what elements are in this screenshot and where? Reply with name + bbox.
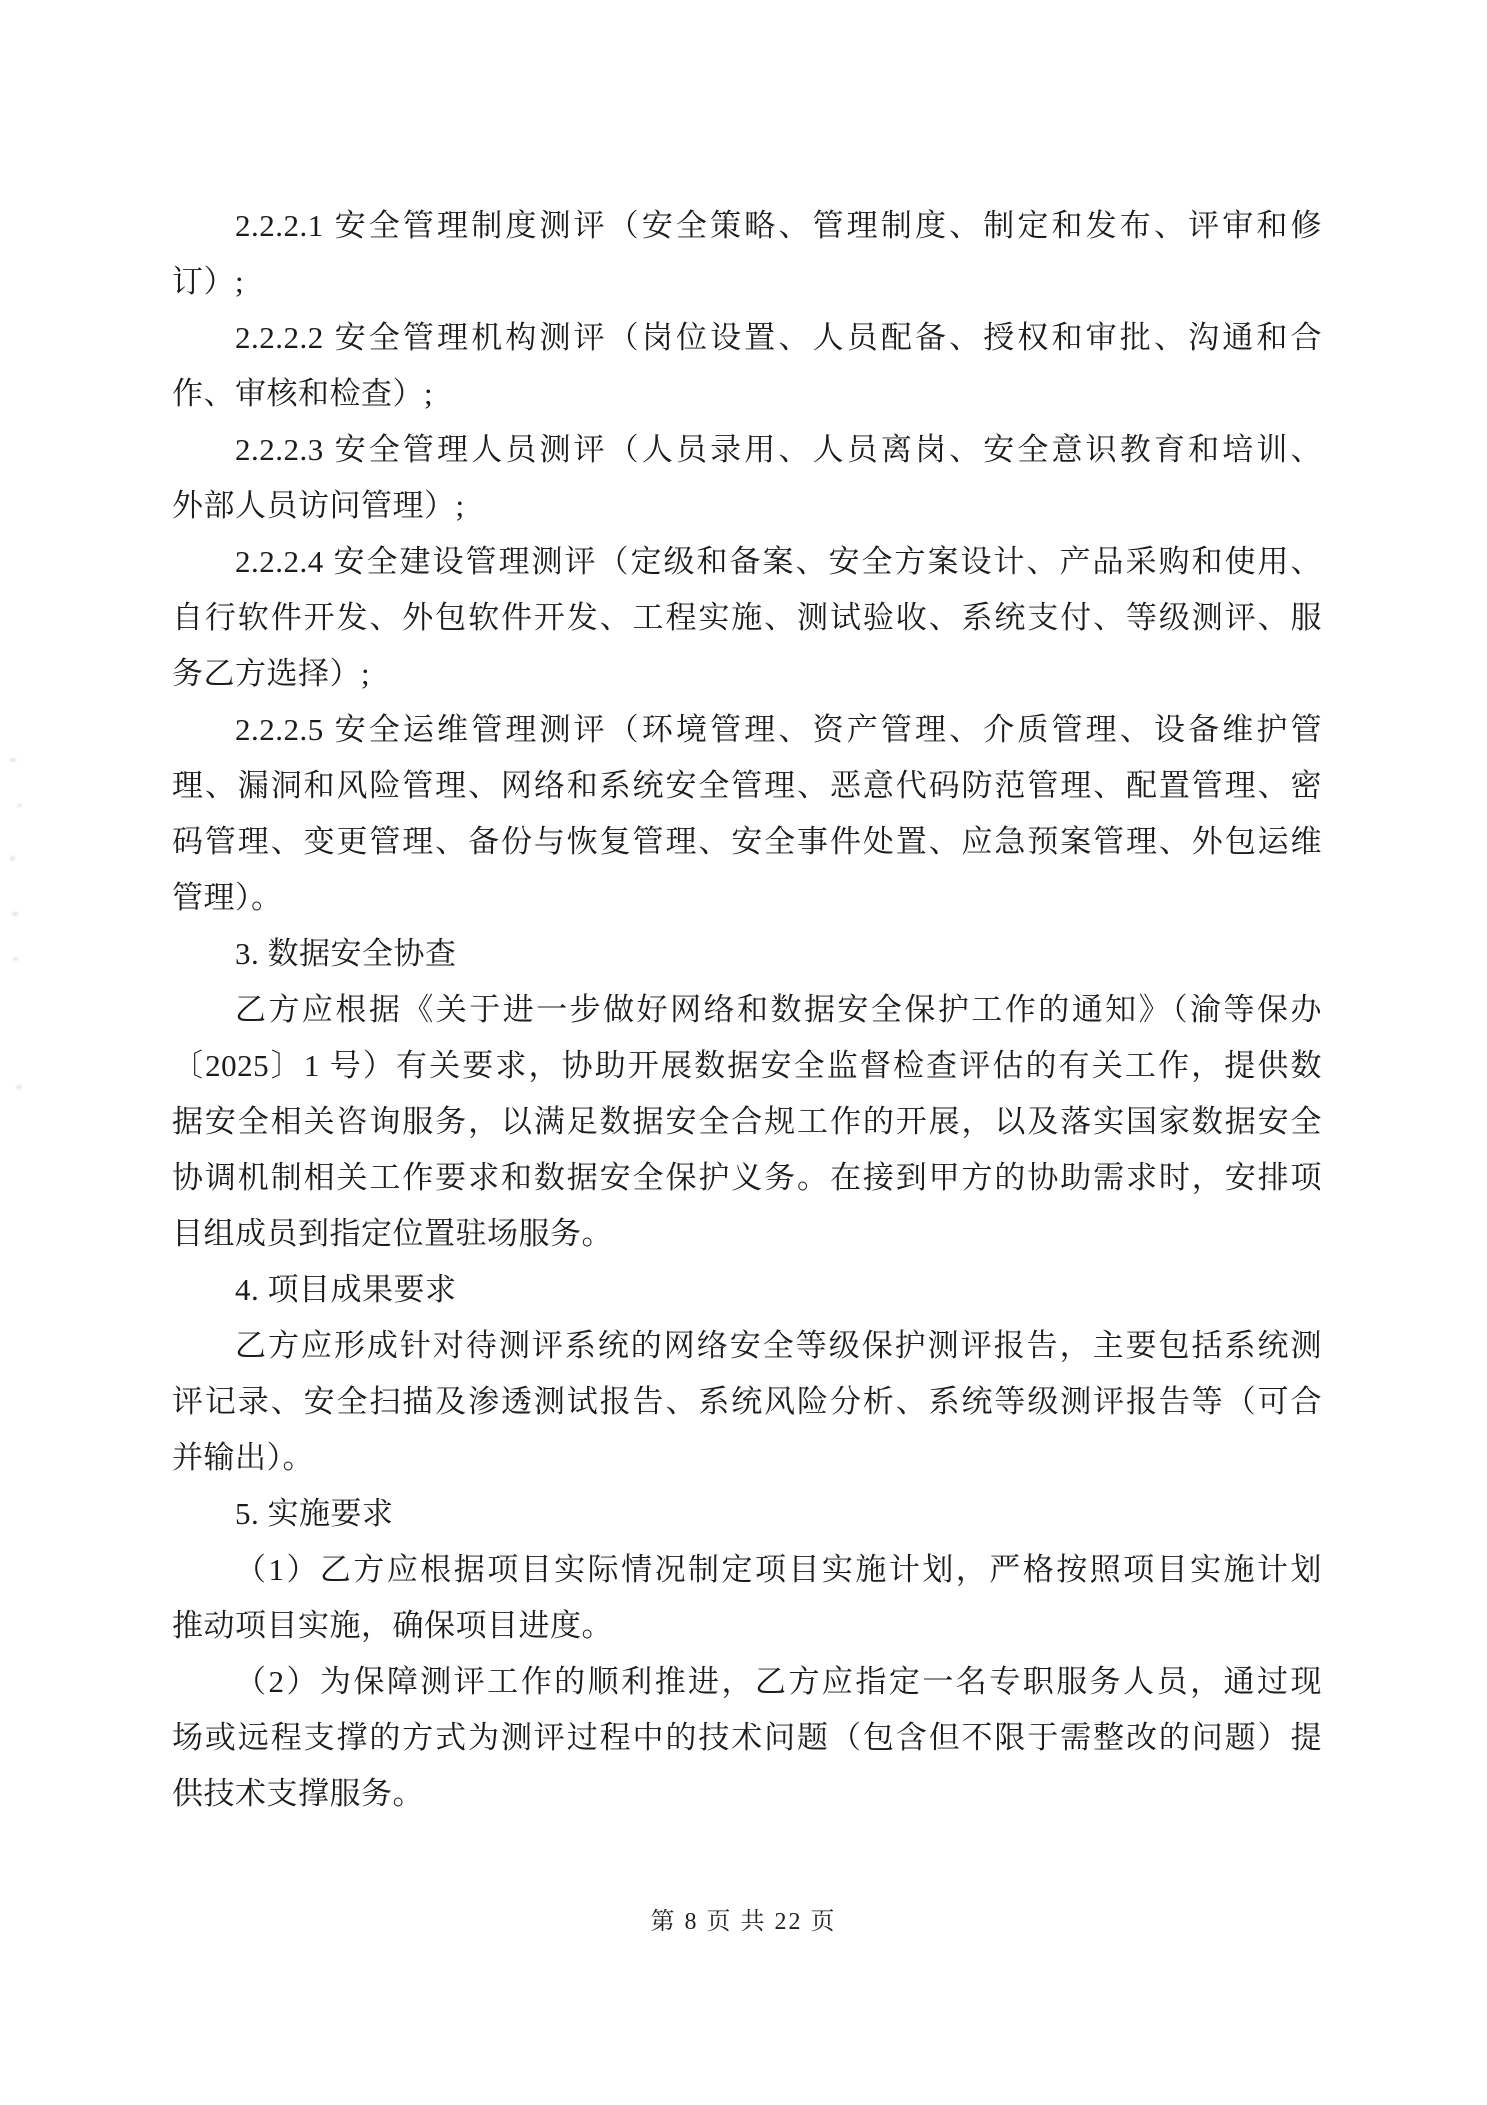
heading-3-data-security: 3. 数据安全协查 xyxy=(172,926,1322,982)
text-line: 外部人员访问管理）; xyxy=(172,478,1322,534)
text-line: 4. 项目成果要求 xyxy=(172,1262,1322,1318)
text-line: 推动项目实施，确保项目进度。 xyxy=(172,1598,1322,1654)
scan-speck xyxy=(17,804,22,807)
text-line: 〔2025〕1 号）有关要求，协助开展数据安全监督检查评估的有关工作，提供数 xyxy=(172,1038,1322,1094)
scan-speck xyxy=(10,758,16,762)
text-line: 并输出）。 xyxy=(172,1430,1322,1486)
scan-speck xyxy=(12,912,18,916)
text-line: 码管理、变更管理、备份与恢复管理、安全事件处置、应急预案管理、外包运维 xyxy=(172,814,1322,870)
document-page: 2.2.2.1 安全管理制度测评（安全策略、管理制度、制定和发布、评审和修订）;… xyxy=(0,0,1487,2105)
scan-speck xyxy=(10,856,15,861)
para-deliverables: 乙方应形成针对待测评系统的网络安全等级保护测评报告，主要包括系统测评记录、安全扫… xyxy=(172,1318,1322,1486)
text-line: 协调机制相关工作要求和数据安全保护义务。在接到甲方的协助需求时，安排项 xyxy=(172,1150,1322,1206)
text-line: 理、漏洞和风险管理、网络和系统安全管理、恶意代码防范管理、配置管理、密 xyxy=(172,758,1322,814)
heading-5-implementation: 5. 实施要求 xyxy=(172,1486,1322,1542)
text-line: 据安全相关咨询服务，以满足数据安全合规工作的开展，以及落实国家数据安全 xyxy=(172,1094,1322,1150)
para-data-security: 乙方应根据《关于进一步做好网络和数据安全保护工作的通知》（渝等保办〔2025〕1… xyxy=(172,982,1322,1262)
text-line: （1）乙方应根据项目实际情况制定项目实施计划，严格按照项目实施计划 xyxy=(172,1542,1322,1598)
page-footer: 第 8 页 共 22 页 xyxy=(0,1905,1487,1939)
para-implementation-1: （1）乙方应根据项目实际情况制定项目实施计划，严格按照项目实施计划推动项目实施，… xyxy=(172,1542,1322,1654)
text-line: 乙方应形成针对待测评系统的网络安全等级保护测评报告，主要包括系统测 xyxy=(172,1318,1322,1374)
text-line: 2.2.2.3 安全管理人员测评（人员录用、人员离岗、安全意识教育和培训、 xyxy=(172,422,1322,478)
text-line: 评记录、安全扫描及渗透测试报告、系统风险分析、系统等级测评报告等（可合 xyxy=(172,1374,1322,1430)
text-line: 供技术支撑服务。 xyxy=(172,1766,1322,1822)
text-line: 目组成员到指定位置驻场服务。 xyxy=(172,1206,1322,1262)
text-line: 2.2.2.5 安全运维管理测评（环境管理、资产管理、介质管理、设备维护管 xyxy=(172,702,1322,758)
text-line: 2.2.2.1 安全管理制度测评（安全策略、管理制度、制定和发布、评审和修 xyxy=(172,198,1322,254)
clause-2-2-2-3: 2.2.2.3 安全管理人员测评（人员录用、人员离岗、安全意识教育和培训、外部人… xyxy=(172,422,1322,534)
heading-4-deliverables: 4. 项目成果要求 xyxy=(172,1262,1322,1318)
text-line: 3. 数据安全协查 xyxy=(172,926,1322,982)
clause-2-2-2-5: 2.2.2.5 安全运维管理测评（环境管理、资产管理、介质管理、设备维护管理、漏… xyxy=(172,702,1322,926)
clause-2-2-2-2: 2.2.2.2 安全管理机构测评（岗位设置、人员配备、授权和审批、沟通和合作、审… xyxy=(172,310,1322,422)
text-line: 务乙方选择）; xyxy=(172,646,1322,702)
text-line: 乙方应根据《关于进一步做好网络和数据安全保护工作的通知》（渝等保办 xyxy=(172,982,1322,1038)
document-body: 2.2.2.1 安全管理制度测评（安全策略、管理制度、制定和发布、评审和修订）;… xyxy=(172,198,1322,1822)
scan-speck xyxy=(13,957,18,961)
clause-2-2-2-1: 2.2.2.1 安全管理制度测评（安全策略、管理制度、制定和发布、评审和修订）; xyxy=(172,198,1322,310)
text-line: 2.2.2.2 安全管理机构测评（岗位设置、人员配备、授权和审批、沟通和合 xyxy=(172,310,1322,366)
text-line: 场或远程支撑的方式为测评过程中的技术问题（包含但不限于需整改的问题）提 xyxy=(172,1710,1322,1766)
text-line: 作、审核和检查）; xyxy=(172,366,1322,422)
text-line: 5. 实施要求 xyxy=(172,1486,1322,1542)
scan-speck xyxy=(16,1085,22,1089)
text-line: 订）; xyxy=(172,254,1322,310)
text-line: 管理）。 xyxy=(172,870,1322,926)
text-line: 自行软件开发、外包软件开发、工程实施、测试验收、系统支付、等级测评、服 xyxy=(172,590,1322,646)
text-line: 2.2.2.4 安全建设管理测评（定级和备案、安全方案设计、产品采购和使用、 xyxy=(172,534,1322,590)
clause-2-2-2-4: 2.2.2.4 安全建设管理测评（定级和备案、安全方案设计、产品采购和使用、自行… xyxy=(172,534,1322,702)
page-number: 第 8 页 共 22 页 xyxy=(651,1909,837,1935)
para-implementation-2: （2）为保障测评工作的顺利推进，乙方应指定一名专职服务人员，通过现场或远程支撑的… xyxy=(172,1654,1322,1822)
text-line: （2）为保障测评工作的顺利推进，乙方应指定一名专职服务人员，通过现 xyxy=(172,1654,1322,1710)
